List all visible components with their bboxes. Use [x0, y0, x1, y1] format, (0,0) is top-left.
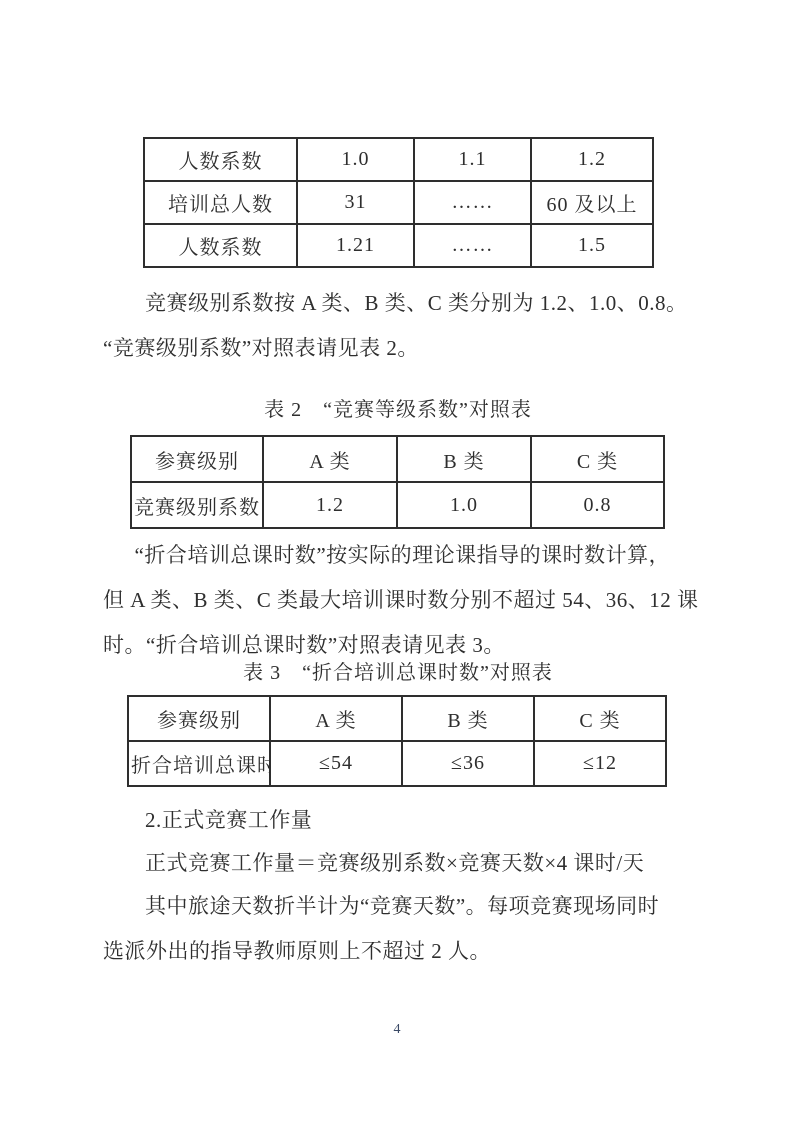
- table-cell: B 类: [397, 436, 531, 482]
- table-cell: 1.1: [414, 138, 531, 181]
- table-cell: 1.5: [531, 224, 653, 267]
- people-coefficient-table: 人数系数 1.0 1.1 1.2 培训总人数 31 …… 60 及以上 人数系数…: [143, 137, 654, 268]
- table-row: 人数系数 1.0 1.1 1.2: [144, 138, 653, 181]
- formula-line: 正式竞赛工作量＝竞赛级别系数×竞赛天数×4 课时/天: [103, 841, 703, 886]
- paragraph-line: 竞赛级别系数按 A 类、B 类、C 类分别为 1.2、1.0、0.8。: [103, 281, 703, 326]
- table-cell: 参赛级别: [128, 696, 270, 741]
- paragraph-line: 但 A 类、B 类、C 类最大培训课时数分别不超过 54、36、12 课: [103, 578, 703, 623]
- table-cell: 折合培训总课时: [128, 741, 270, 786]
- table-row: 折合培训总课时 ≤54 ≤36 ≤12: [128, 741, 666, 786]
- table-row: 参赛级别 A 类 B 类 C 类: [131, 436, 664, 482]
- table-cell: ……: [414, 181, 531, 224]
- table-cell: 培训总人数: [144, 181, 297, 224]
- table-cell: C 类: [534, 696, 666, 741]
- paragraph-line: “折合培训总课时数”按实际的理论课指导的课时数计算，: [103, 533, 703, 578]
- table-cell: C 类: [531, 436, 664, 482]
- table-cell: 1.0: [397, 482, 531, 528]
- table-row: 参赛级别 A 类 B 类 C 类: [128, 696, 666, 741]
- section-heading-formal-competition-workload: 2.正式竞赛工作量: [103, 798, 703, 843]
- heading-line: 2.正式竞赛工作量: [103, 798, 703, 843]
- table-cell: ≤12: [534, 741, 666, 786]
- table-cell: 人数系数: [144, 138, 297, 181]
- table-row: 竞赛级别系数 1.2 1.0 0.8: [131, 482, 664, 528]
- table-cell: 人数系数: [144, 224, 297, 267]
- table-cell: B 类: [402, 696, 534, 741]
- table-cell: 60 及以上: [531, 181, 653, 224]
- table-cell: ≤54: [270, 741, 402, 786]
- table-row: 人数系数 1.21 …… 1.5: [144, 224, 653, 267]
- table-cell: A 类: [270, 696, 402, 741]
- page-number: 4: [0, 1020, 794, 1040]
- paragraph-competition-days-note: 其中旅途天数折半计为“竞赛天数”。每项竞赛现场同时 选派外出的指导教师原则上不超…: [103, 884, 703, 974]
- table-cell: 31: [297, 181, 414, 224]
- table-cell: 0.8: [531, 482, 664, 528]
- competition-grade-coefficient-table: 参赛级别 A 类 B 类 C 类 竞赛级别系数 1.2 1.0 0.8: [130, 435, 665, 529]
- paragraph-line: 其中旅途天数折半计为“竞赛天数”。每项竞赛现场同时: [103, 884, 703, 929]
- table-cell: 1.0: [297, 138, 414, 181]
- paragraph-competition-level-coefficient: 竞赛级别系数按 A 类、B 类、C 类分别为 1.2、1.0、0.8。 “竞赛级…: [103, 281, 703, 371]
- table-cell: 竞赛级别系数: [131, 482, 263, 528]
- paragraph-line: “竞赛级别系数”对照表请见表 2。: [103, 326, 703, 371]
- table-row: 培训总人数 31 …… 60 及以上: [144, 181, 653, 224]
- table-cell: 1.21: [297, 224, 414, 267]
- table-cell: ≤36: [402, 741, 534, 786]
- workload-formula: 正式竞赛工作量＝竞赛级别系数×竞赛天数×4 课时/天: [103, 841, 703, 886]
- table-cell: ……: [414, 224, 531, 267]
- converted-training-hours-table: 参赛级别 A 类 B 类 C 类 折合培训总课时 ≤54 ≤36 ≤12: [127, 695, 667, 787]
- paragraph-converted-training-hours: “折合培训总课时数”按实际的理论课指导的课时数计算， 但 A 类、B 类、C 类…: [103, 533, 703, 668]
- paragraph-line: 选派外出的指导教师原则上不超过 2 人。: [103, 929, 703, 974]
- table-cell: 1.2: [263, 482, 397, 528]
- table-cell: 1.2: [531, 138, 653, 181]
- table-cell: A 类: [263, 436, 397, 482]
- table2-caption: 表 2 “竞赛等级系数”对照表: [103, 395, 693, 425]
- table3-caption: 表 3 “折合培训总课时数”对照表: [103, 658, 693, 688]
- table-cell: 参赛级别: [131, 436, 263, 482]
